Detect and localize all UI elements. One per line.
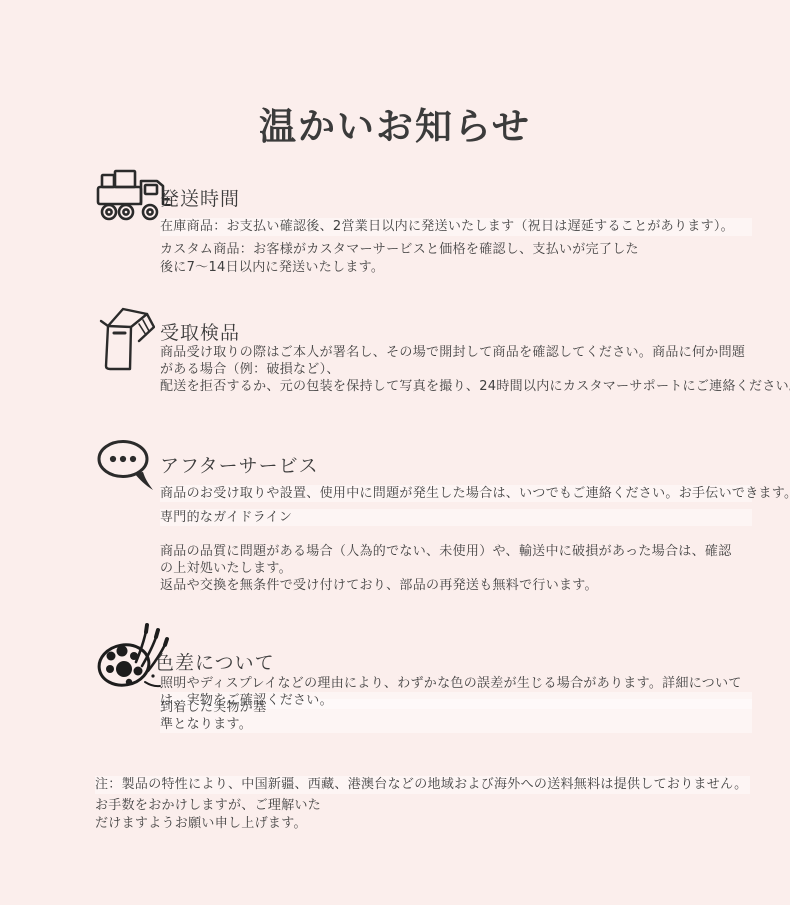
section-heading-inspection: 受取検品 (160, 318, 240, 345)
text-line: 商品受け取りの際はご本人が署名し、その場で開封して商品を確認してください。商品に… (160, 344, 752, 361)
footnote-line: お手数をおかけしますが、ご理解いた (95, 797, 750, 815)
text-line: の上対処いたします。 (160, 560, 752, 577)
text-line: 到着した実物が基 (160, 699, 752, 716)
text-line: 配送を拒否するか、元の包装を保持して写真を撮り、24時間以内にカスタマーサポート… (160, 378, 752, 395)
page-title: 温かいお知らせ (0, 96, 790, 150)
section-heading-after-service: アフターサービス (160, 451, 319, 478)
section-heading-color-difference: 色差について (155, 648, 275, 675)
section-body-after-service: 商品のお受け取りや設置、使用中に問題が発生した場合は、いつでもご連絡ください。お… (160, 485, 752, 594)
text-line: カスタム商品：お客様がカスタマーサービスと価格を確認し、支払いが完了した (160, 241, 752, 259)
text-line: 商品のお受け取りや設置、使用中に問題が発生した場合は、いつでもご連絡ください。お… (160, 485, 752, 502)
text-line: 返品や交換を無条件で受け付けており、部品の再発送も無料で行います。 (160, 577, 752, 594)
notice-page: 温かいお知らせ 発送時間 在庫商品：お支払い確認後、2営業日以内に発送いた (0, 0, 790, 905)
text-line: 後に7〜14日以内に発送いたします。 (160, 259, 752, 277)
speech-bubble-icon (95, 438, 159, 492)
text-line: 専門的なガイドライン (160, 509, 752, 526)
text-line: 在庫商品：お支払い確認後、2営業日以内に発送いたします（祝日は遅延することがあり… (160, 218, 752, 236)
text-line: 照明やディスプレイなどの理由により、わずかな色の誤差が生じる場合があります。詳細… (160, 675, 752, 692)
footnote: 注：製品の特性により、中国新疆、西藏、港澳台などの地域および海外への送料無料は提… (95, 776, 750, 833)
footnote-line: 注：製品の特性により、中国新疆、西藏、港澳台などの地域および海外への送料無料は提… (95, 776, 750, 794)
box-icon (97, 300, 155, 374)
section-body-inspection: 商品受け取りの際はご本人が署名し、その場で開封して商品を確認してください。商品に… (160, 344, 752, 395)
section-body-shipping: 在庫商品：お支払い確認後、2営業日以内に発送いたします（祝日は遅延することがあり… (160, 218, 752, 277)
section-body-color-difference: 照明やディスプレイなどの理由により、わずかな色の誤差が生じる場合があります。詳細… (160, 675, 752, 733)
footnote-line: だけますようお願い申し上げます。 (95, 815, 750, 833)
text-line: 商品の品質に問題がある場合（人為的でない、未使用）や、輸送中に破損があった場合は… (160, 543, 752, 560)
text-line: 準となります。 (160, 716, 752, 733)
section-heading-shipping: 発送時間 (160, 184, 240, 211)
text-line: がある場合（例：破損など）、 (160, 361, 752, 378)
